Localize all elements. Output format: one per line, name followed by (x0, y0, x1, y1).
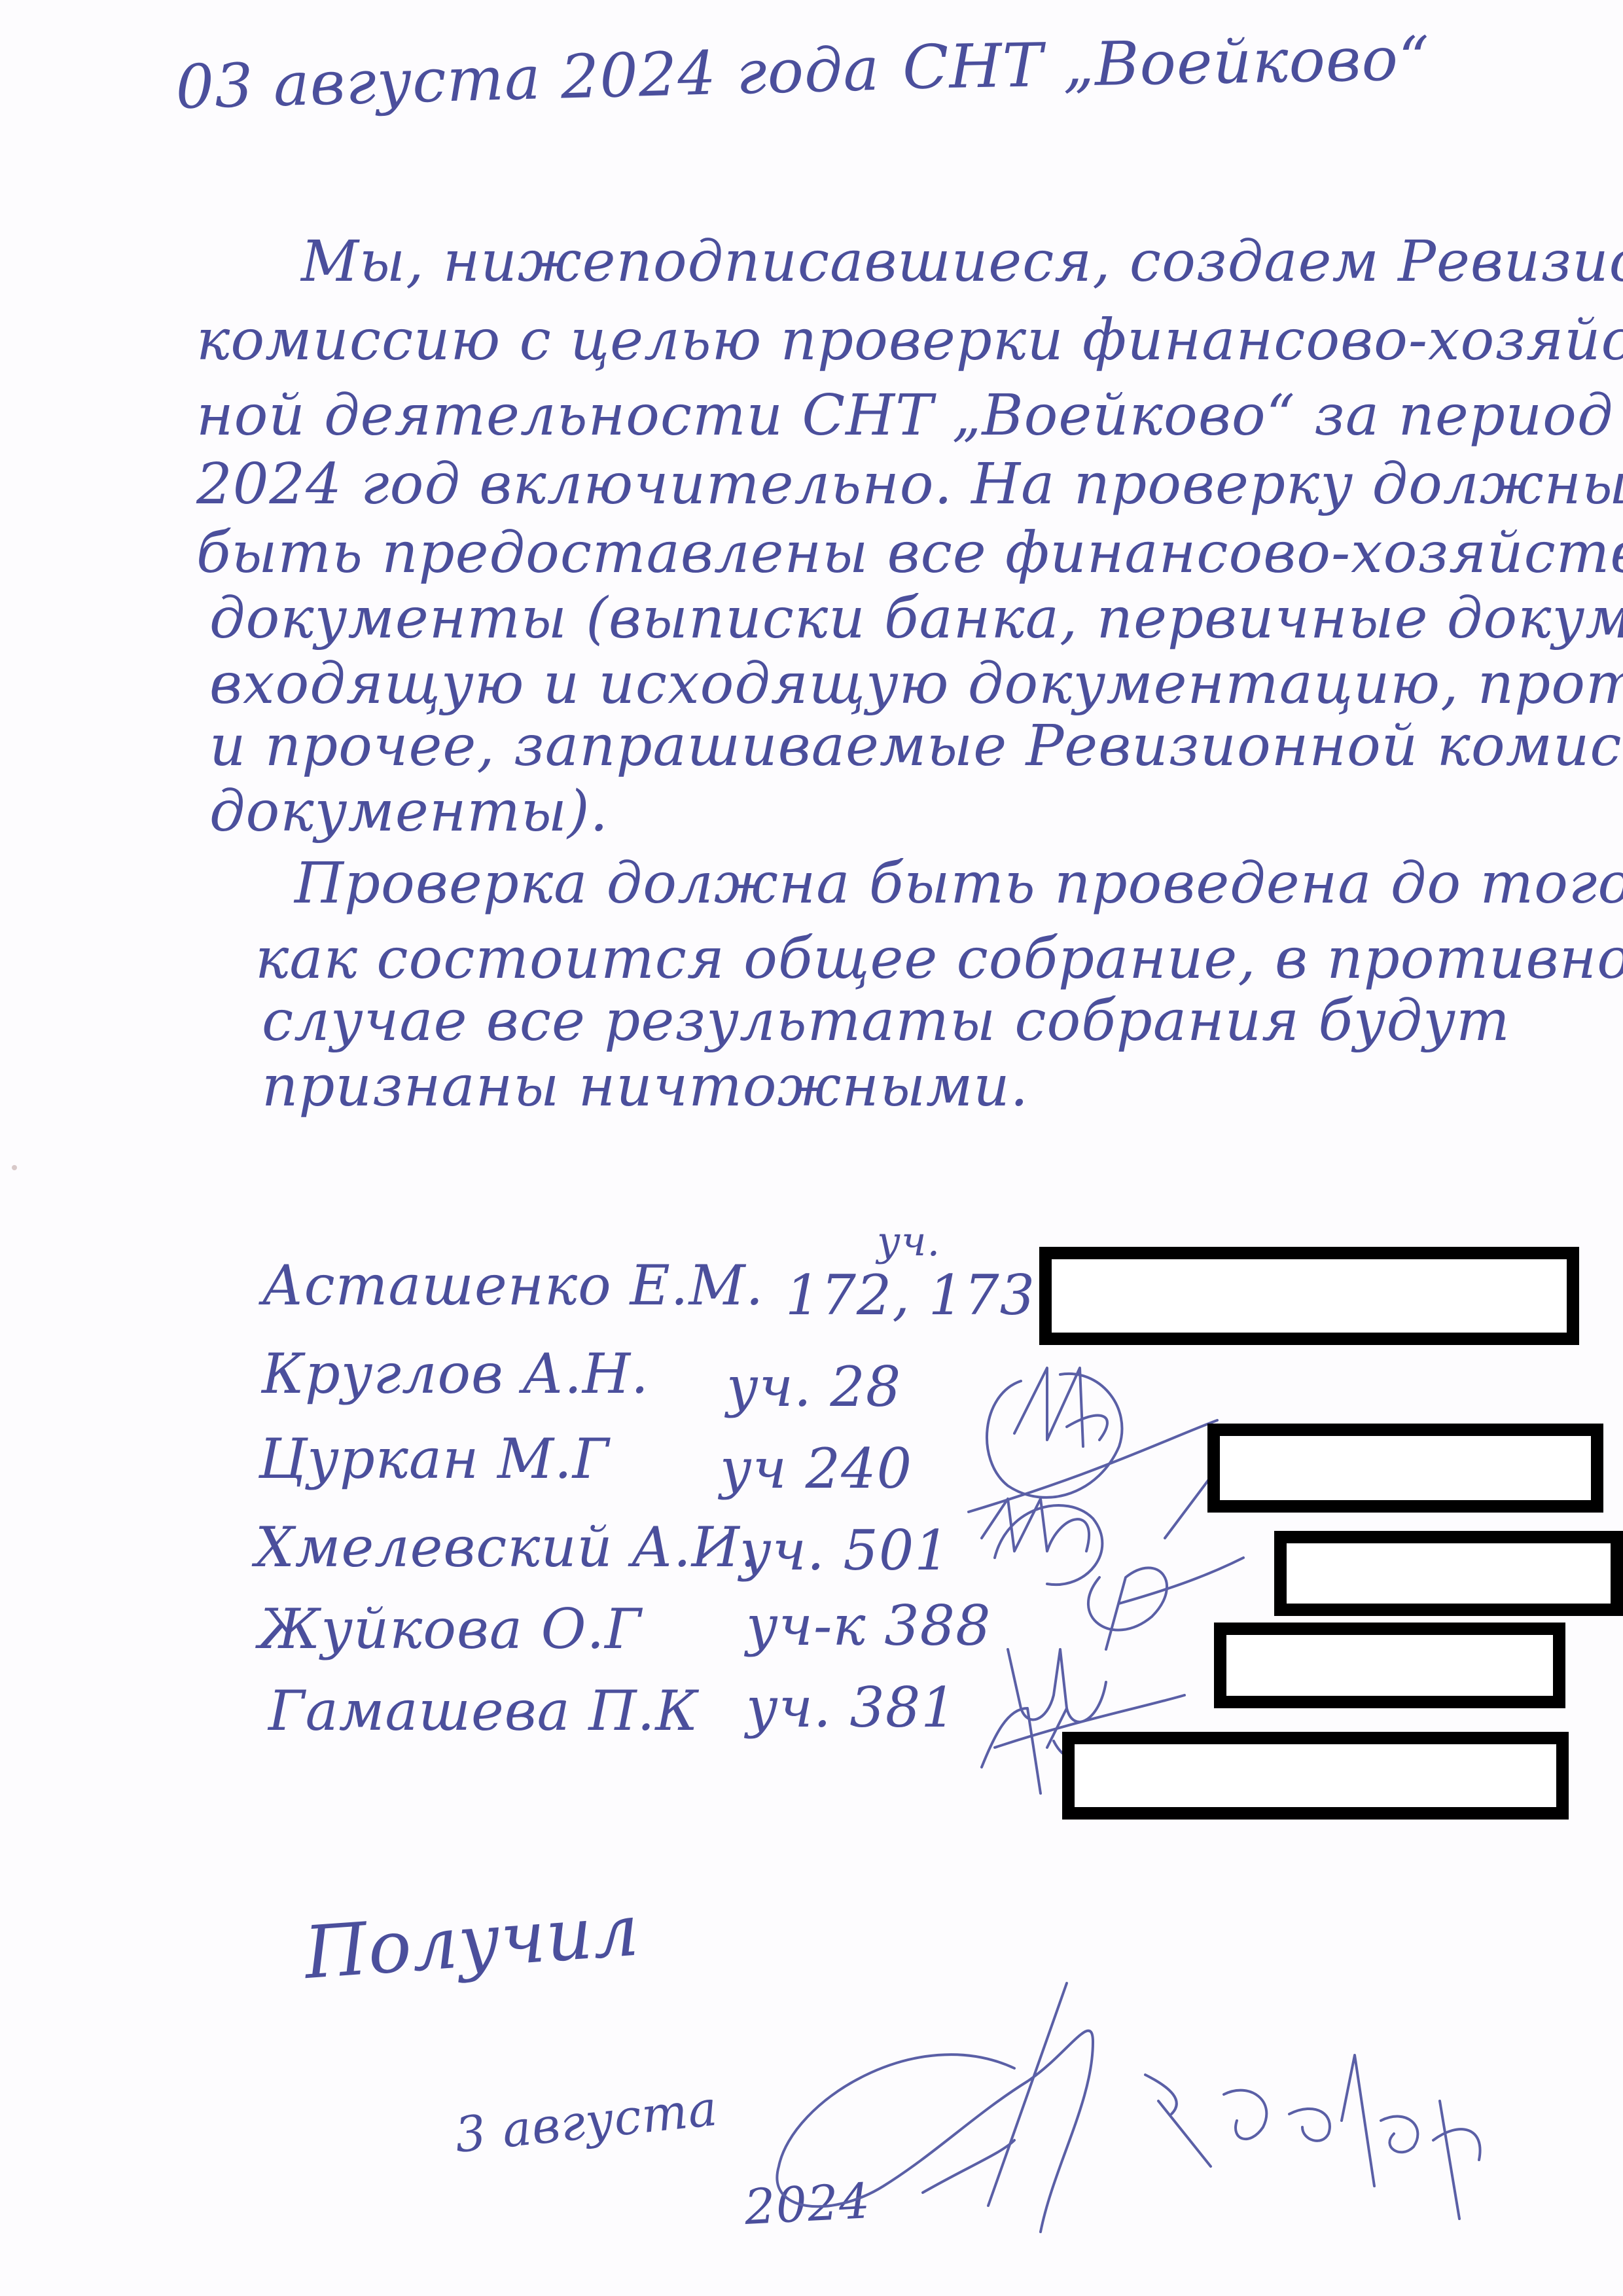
body-line: комиссию с целью проверки финансово-хозя… (196, 308, 1623, 373)
body-line: 2024 год включительно. На проверку должн… (196, 452, 1623, 517)
redaction-box (1214, 1623, 1565, 1708)
body-line: Проверка должна быть проведена до того, (294, 851, 1623, 916)
plot-number: 172, 173 (785, 1263, 1035, 1327)
redaction-box (1062, 1732, 1569, 1820)
plot-number: уч. 501 (740, 1518, 950, 1583)
signatory-name: Гамашева П.К (268, 1679, 698, 1743)
receipt-label: Получил (302, 1888, 642, 1995)
organization-name: СНТ „Воейково“ (902, 24, 1431, 103)
document-date: 03 августа 2024 года (175, 34, 880, 122)
body-line: признаны ничтожными. (262, 1054, 1029, 1119)
receipt-date-line1: 3 августа (452, 2080, 721, 2164)
body-line: входящую и исходящую документацию, прото… (209, 651, 1623, 717)
receiver-signature (753, 1970, 1603, 2245)
body-line: ной деятельности СНТ „Воейково“ за перио… (196, 383, 1623, 448)
plot-number: уч. 28 (726, 1355, 901, 1419)
signatory-name: Круглов А.Н. (262, 1342, 649, 1406)
body-line: случае все результаты собрания будут (262, 988, 1510, 1054)
body-line: и прочее, запрашиваемые Ревизионной коми… (209, 713, 1623, 779)
signatory-name: Цуркан М.Г (259, 1427, 609, 1491)
redaction-box (1274, 1531, 1623, 1616)
body-line: как состоится общее собрание, в противно… (255, 926, 1623, 992)
body-line: документы (выписки банка, первичные доку… (209, 586, 1623, 651)
body-line: быть предоставлены все финансово-хозяйст… (196, 520, 1623, 586)
body-line: документы). (209, 779, 609, 844)
signatory-name: Асташенко Е.М. (262, 1253, 764, 1318)
plot-number: уч. 381 (746, 1676, 957, 1740)
plot-number: уч 240 (720, 1437, 912, 1501)
plot-number: уч-к 388 (746, 1594, 991, 1658)
redaction-box (1207, 1424, 1603, 1513)
paper-speck (12, 1165, 17, 1170)
signatory-name: Жуйкова О.Г (259, 1597, 642, 1661)
body-line: Мы, нижеподписавшиеся, создаем Ревизионн… (301, 229, 1623, 295)
signatory-name: Хмелевский А.И. (255, 1515, 758, 1579)
redaction-box (1039, 1247, 1579, 1345)
plot-label: уч. (877, 1217, 940, 1265)
